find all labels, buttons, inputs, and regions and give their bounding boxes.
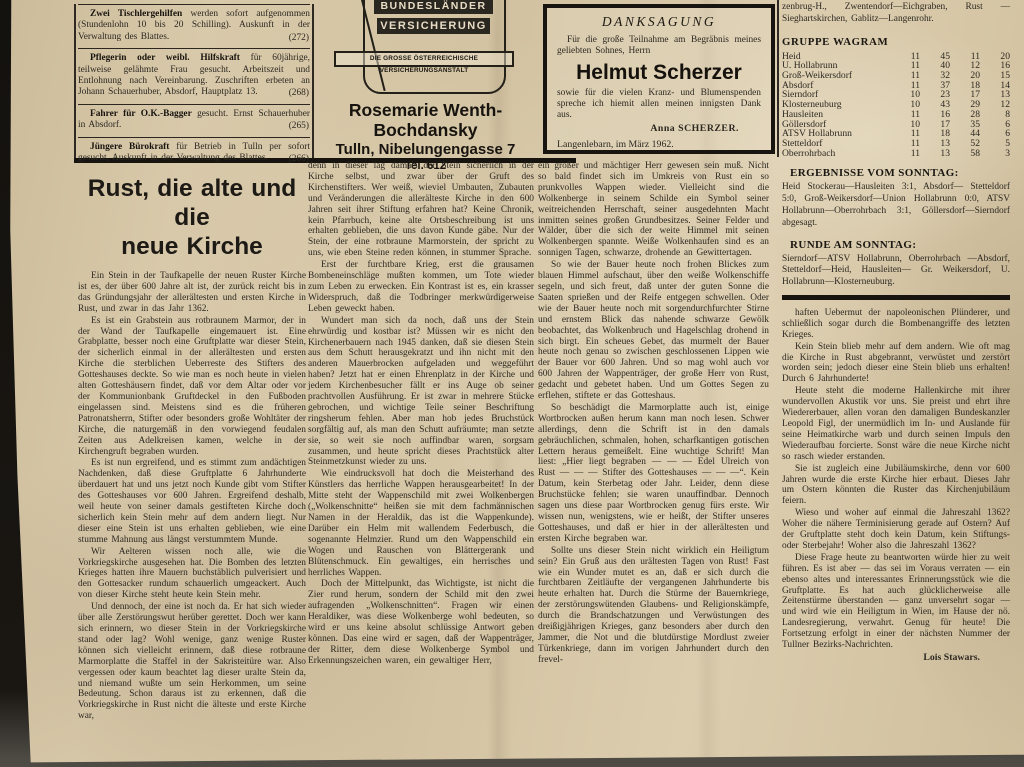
article-paragraph: Diese Frage heute zu beantworten würde h… — [782, 553, 1010, 651]
standings-group-title: GRUPPE WAGRAM — [782, 36, 1010, 48]
classified-ad: Fahrer für O.K.-Bagger gesucht. Ernst Sc… — [78, 104, 310, 137]
article-column-1: Rust, die alte und die neue Kirche Ein S… — [78, 168, 306, 723]
article-paragraph: Es ist ein Grabstein aus rotbraunem Marm… — [78, 316, 306, 458]
team-name: Absdorf — [782, 81, 890, 91]
article-headline: Rust, die alte und die neue Kirche — [78, 174, 306, 261]
agent-address: Tulln, Nibelungengasse 7 — [318, 140, 533, 159]
goals-for: 13 — [920, 149, 950, 159]
article-paragraph: Doch der Mittelpunkt, das Wichtigste, is… — [308, 579, 534, 666]
classified-ads-column: Zwei Tischlergehilfen werden sofort aufg… — [78, 4, 310, 169]
headline-line2: neue Kirche — [78, 232, 306, 261]
article-paragraph: Wir Aelteren wissen noch alle, wie die V… — [78, 547, 306, 602]
ad-ref-number: (268) — [289, 88, 309, 99]
ad-lead: Zwei Tischlergehilfen — [90, 9, 182, 19]
obituary-body: sowie für die vielen Kranz- und Blumensp… — [557, 88, 761, 122]
obituary-signature: Anna SCHERZER. — [557, 123, 761, 134]
article-paragraph: Erst der furchtbare Krieg, erst die grau… — [308, 260, 534, 315]
standings-table: Heid11451120 U. Hollabrunn11401216 Groß-… — [782, 52, 1010, 159]
team-name: U. Hollabrunn — [782, 61, 890, 71]
headline-line1: Rust, die alte und die — [78, 174, 306, 232]
results-text: Heid Stockerau—Hausleiten 3:1, Absdorf— … — [782, 182, 1010, 229]
logo-line2: VERSICHERUNG — [377, 18, 490, 34]
article-paragraph: ein großer und mächtiger Herr gewesen se… — [538, 161, 769, 259]
team-name: Oberrohrbach — [782, 149, 890, 159]
classified-ad: Jüngere Bürokraft für Betrieb in Tulln p… — [78, 137, 310, 170]
article-paragraph: Es ist nun ergreifend, und es stimmt zum… — [78, 458, 306, 545]
obituary-title: DANKSAGUNG — [557, 14, 761, 30]
obituary-place-date: Langenlebarn, im März 1962. — [557, 139, 761, 150]
classifieds-left-rule — [74, 4, 76, 159]
obituary-intro: Für die große Teilnahme am Begräbnis mei… — [557, 35, 761, 58]
insurance-advertisement: BUNDESLÄNDER VERSICHERUNG DIE GROSSE ÖST… — [318, 0, 533, 158]
team-name: ATSV Hollabrunn — [782, 129, 890, 139]
article-paragraph: So beschädigt die Marmorplatte auch ist,… — [538, 403, 769, 545]
article-paragraph: Heute steht die moderne Hallenkirche mit… — [782, 386, 1010, 462]
team-name: Heid — [782, 52, 890, 62]
ad-ref-number: (272) — [289, 33, 309, 44]
ad-lead: Fahrer für O.K.-Bagger — [90, 109, 192, 119]
round-text: Sierndorf—ATSV Hollabrunn, Oberrohrbach … — [782, 254, 1010, 289]
article-column-2: denn in dieser lag damals der Stein sich… — [308, 161, 534, 668]
logo-outline-shape — [363, 0, 506, 94]
ad-ref-number: (266) — [289, 154, 309, 165]
classified-ad: Zwei Tischlergehilfen werden sofort aufg… — [78, 4, 310, 48]
article-paragraph: denn in dieser lag damals der Stein sich… — [308, 161, 534, 259]
article-paragraph: Wundert man sich da noch, daß uns der St… — [308, 316, 534, 469]
article-paragraph: Wieso und woher auf einmal die Jahreszah… — [782, 508, 1010, 552]
article-author: Lois Stawars. — [782, 652, 1010, 663]
article-paragraph: So wie der Bauer heute noch frohen Blick… — [538, 260, 769, 402]
article-paragraph: Sollte uns dieser Stein nicht wirklich e… — [538, 546, 769, 666]
team-name: Groß-Weikersdorf — [782, 71, 890, 81]
article-paragraph: Sie ist zugleich eine Jubiläumskirche, d… — [782, 464, 1010, 508]
logo-line1: BUNDESLÄNDER — [374, 0, 493, 14]
obituary-notice: DANKSAGUNG Für die große Teilnahme am Be… — [543, 4, 775, 154]
article-paragraph: Kein Stein blieb mehr auf dem andern. Wi… — [782, 342, 1010, 386]
article-paragraph: Und dennoch, der eine ist noch da. Er ha… — [78, 602, 306, 722]
article-paragraph: Ein Stein in der Taufkapelle der neuen R… — [78, 271, 306, 315]
fixtures-continuation: zenbrug-H., Zwentendorf—Eichgraben, Rust… — [782, 2, 1010, 26]
table-row: Oberrohrbach1113583 — [782, 149, 1010, 159]
goals-against: 58 — [950, 149, 980, 159]
ad-lead: Jüngere Bürokraft — [90, 142, 169, 152]
team-name: Stetteldorf — [782, 139, 890, 149]
logo-banner: DIE GROSSE ÖSTERREICHISCHE VERSICHERUNGS… — [334, 51, 514, 67]
games: 11 — [890, 149, 920, 159]
article-column-3: ein großer und mächtiger Herr gewesen se… — [538, 161, 769, 667]
article-paragraph: Wie eindrucksvoll hat doch die Meisterha… — [308, 469, 534, 578]
right-column: zenbrug-H., Zwentendorf—Eichgraben, Rust… — [782, 2, 1010, 663]
ad-lead: Pflegerin oder weibl. Hilfskraft — [90, 53, 240, 63]
ad-ref-number: (265) — [289, 121, 309, 132]
team-name: Hausleiten — [782, 110, 890, 120]
article-paragraph: haften Uebermut der napoleonischen Plünd… — [782, 308, 1010, 341]
team-name: Sierndorf — [782, 90, 890, 100]
round-title: RUNDE AM SONNTAG: — [790, 239, 1010, 251]
agent-name: Rosemarie Wenth-Bochdansky — [318, 100, 533, 140]
deceased-name: Helmut Scherzer — [557, 61, 761, 85]
classifieds-right-rule — [312, 4, 314, 159]
insurance-logo: BUNDESLÄNDER VERSICHERUNG DIE GROSSE ÖST… — [318, 0, 533, 92]
results-title: ERGEBNISSE VOM SONNTAG: — [790, 167, 1010, 179]
article-column-4: haften Uebermut der napoleonischen Plünd… — [782, 308, 1010, 651]
obituary-right-rule — [777, 0, 779, 157]
team-name: Klosterneuburg — [782, 100, 890, 110]
classified-ad: Pflegerin oder weibl. Hilfskraft für 60j… — [78, 48, 310, 104]
sports-article-divider — [782, 295, 1010, 300]
points: 3 — [980, 149, 1010, 159]
team-name: Göllersdorf — [782, 120, 890, 130]
